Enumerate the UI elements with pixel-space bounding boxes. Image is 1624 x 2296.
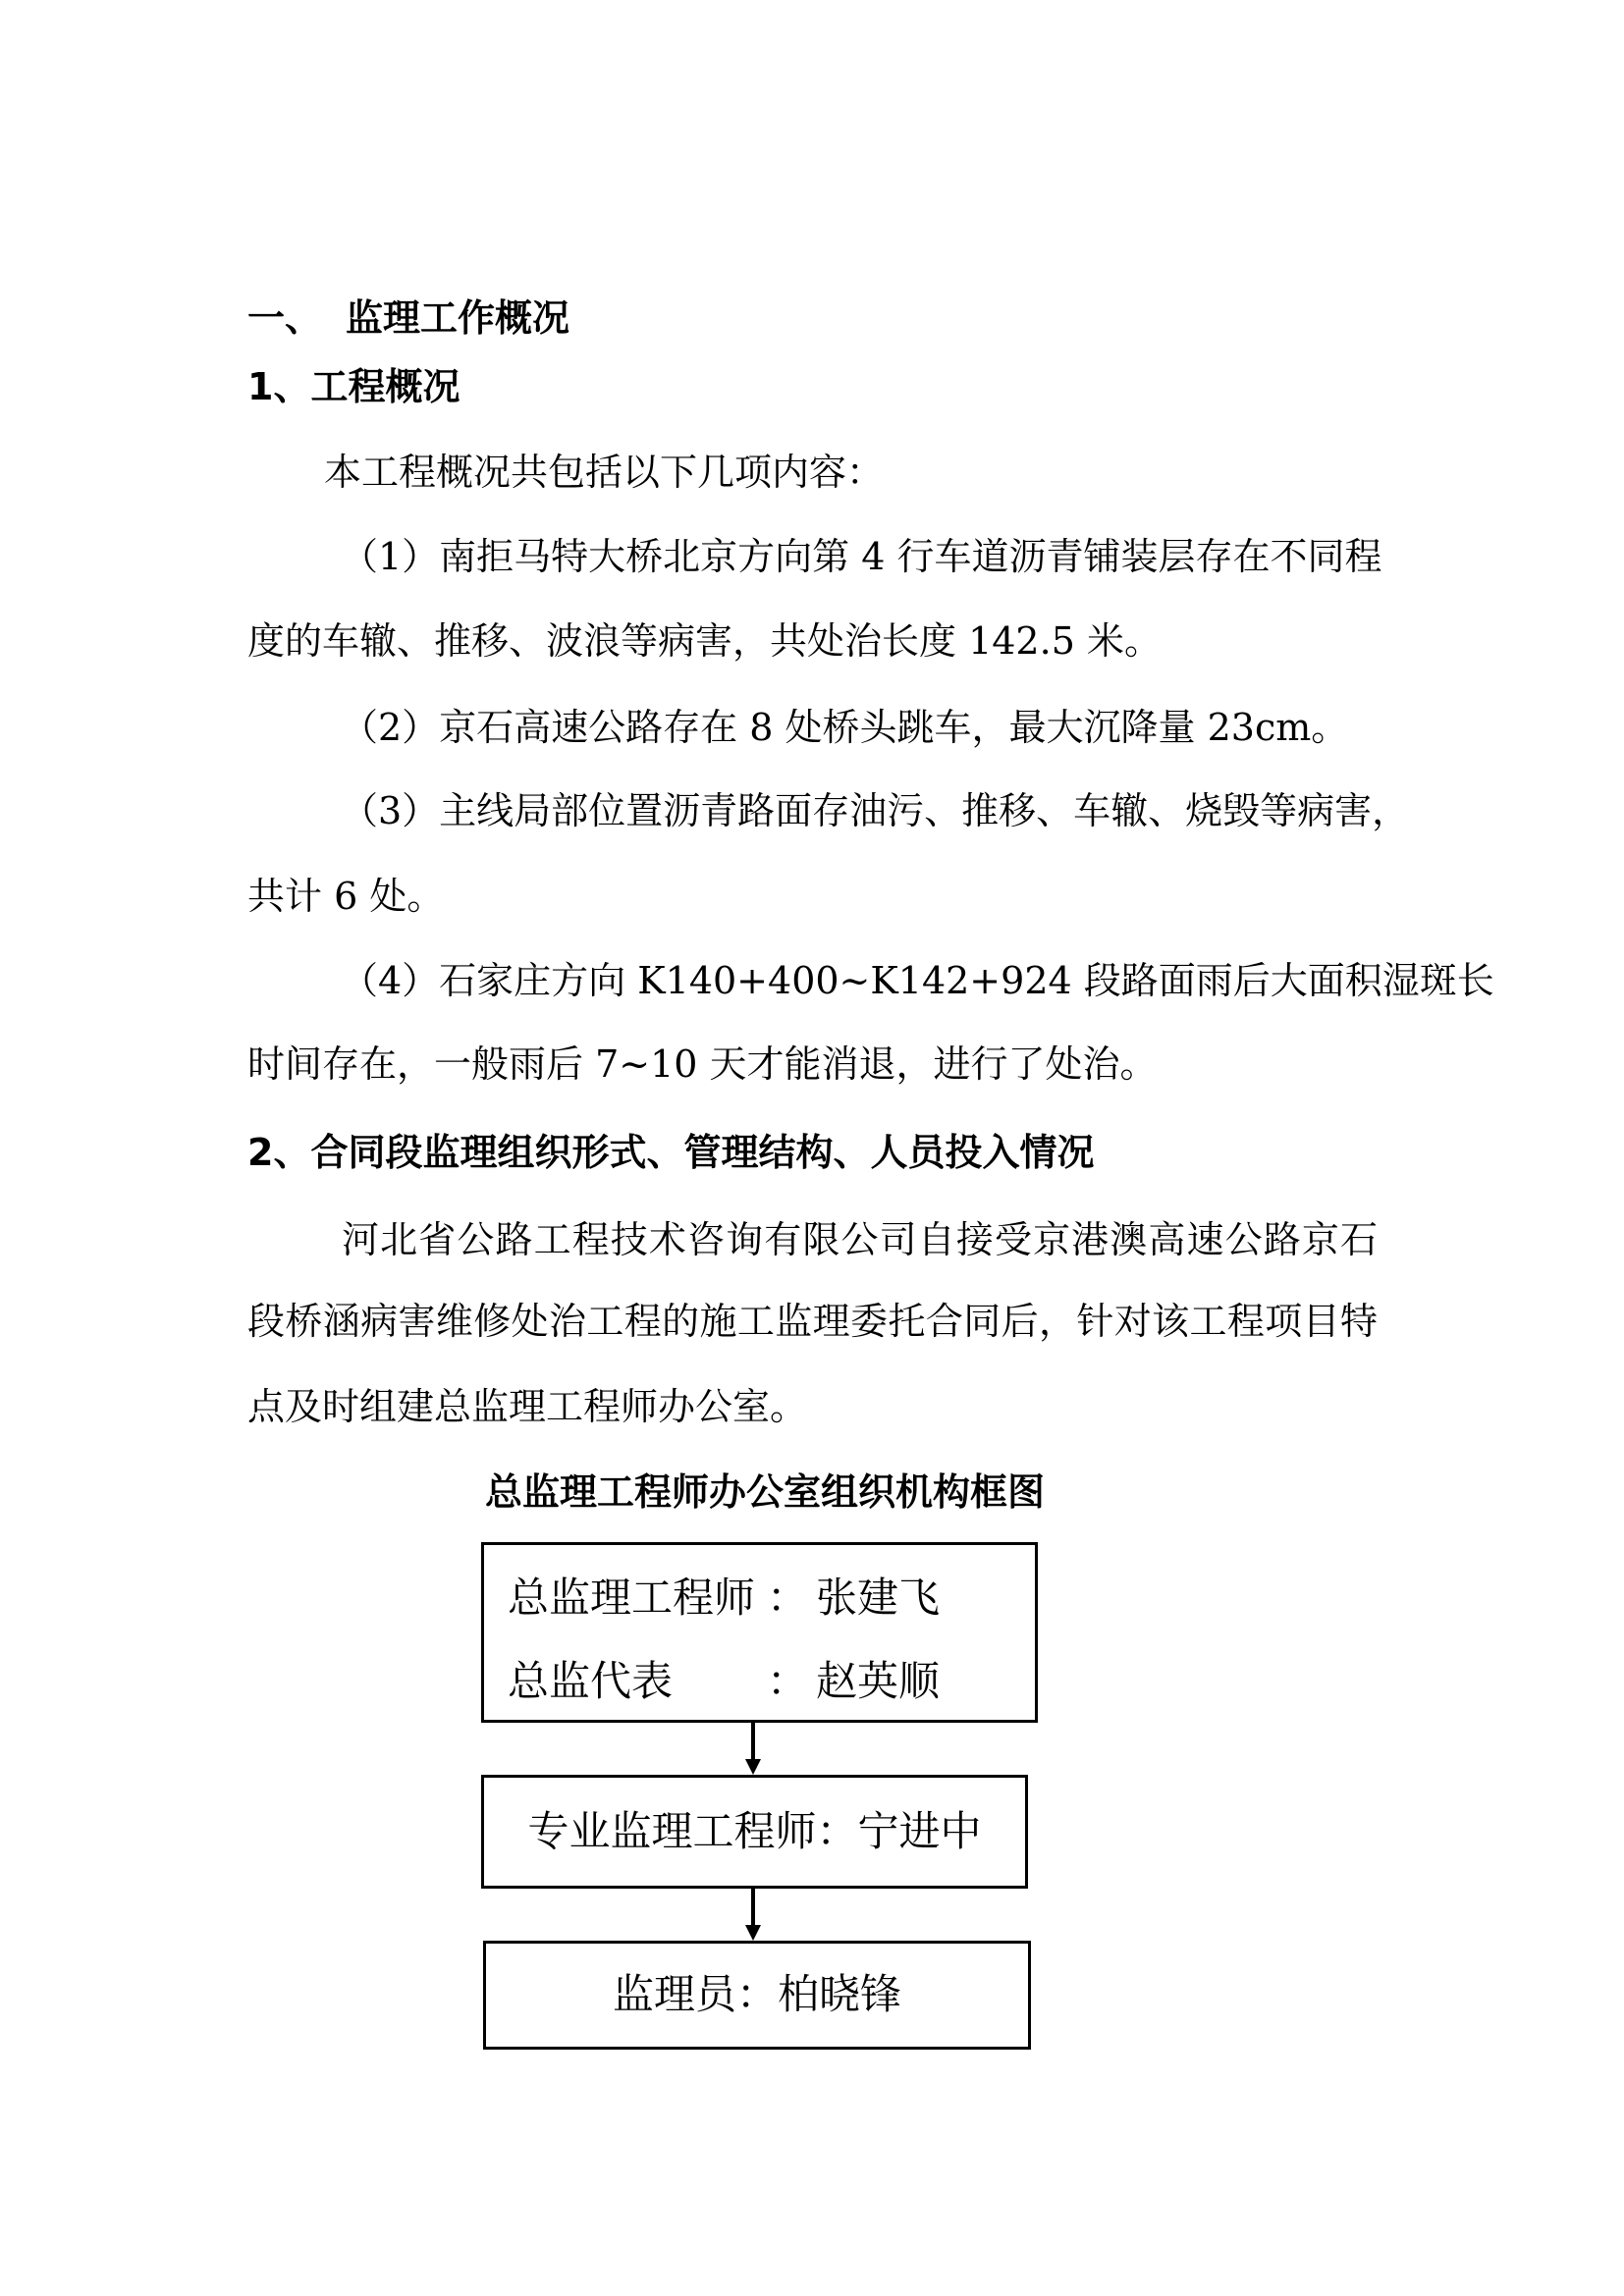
- arrow-down-icon: [745, 1759, 761, 1775]
- chief-supervisor-box: 总监理工程师：张建飞 总监代表：赵英顺: [481, 1542, 1038, 1723]
- colon: ：: [767, 1574, 816, 1623]
- chief-representative-name: 赵英顺: [816, 1657, 940, 1705]
- item-2-line-1: （2）京石高速公路存在 8 处桥头跳车，最大沉降量 23cm。: [341, 706, 1348, 749]
- item-4-line-2: 时间存在，一般雨后 7~10 天才能消退，进行了处治。: [247, 1042, 1378, 1086]
- chief-representative-row: 总监代表：赵英顺: [508, 1657, 940, 1706]
- connector-line: [751, 1888, 755, 1927]
- chief-representative-label: 总监代表: [508, 1657, 767, 1706]
- chief-engineer-name: 张建飞: [816, 1574, 940, 1622]
- item-1-line-2: 度的车辙、推移、波浪等病害，共处治长度 142.5 米。: [247, 619, 1378, 663]
- subsection-2-heading: 2、合同段监理组织形式、管理结构、人员投入情况: [247, 1131, 1094, 1174]
- item-3-line-2: 共计 6 处。: [247, 875, 1378, 918]
- specialist-engineer-box: 专业监理工程师：宁进中: [481, 1775, 1028, 1889]
- chief-engineer-row: 总监理工程师：张建飞: [508, 1574, 940, 1623]
- section-number: 一、: [247, 296, 346, 340]
- org-chart-title: 总监理工程师办公室组织机构框图: [477, 1469, 1053, 1515]
- arrow-down-icon: [745, 1925, 761, 1941]
- intro-text: 本工程概况共包括以下几项内容：: [324, 451, 884, 494]
- item-4-line-1: （4）石家庄方向 K140+400~K142+924 段路面雨后大面积湿斑长: [341, 959, 1378, 1002]
- item-1-line-1: （1）南拒马特大桥北京方向第 4 行车道沥青铺装层存在不同程: [341, 535, 1378, 578]
- paragraph-line-2: 段桥涵病害维修处治工程的施工监理委托合同后，针对该工程项目特: [247, 1300, 1378, 1343]
- subsection-1-heading: 1、工程概况: [247, 365, 460, 408]
- chief-engineer-label: 总监理工程师: [508, 1574, 767, 1623]
- section-title: 监理工作概况: [346, 296, 569, 340]
- specialist-engineer-text: 专业监理工程师：宁进中: [484, 1807, 1025, 1856]
- supervisor-box: 监理员：柏晓锋: [483, 1941, 1031, 2050]
- document-page: 一、监理工作概况 1、工程概况 本工程概况共包括以下几项内容： （1）南拒马特大…: [0, 0, 1624, 2296]
- paragraph-line-1: 河北省公路工程技术咨询有限公司自接受京港澳高速公路京石: [342, 1218, 1378, 1261]
- paragraph-line-3: 点及时组建总监理工程师办公室。: [247, 1385, 1378, 1428]
- item-3-line-1: （3）主线局部位置沥青路面存油污、推移、车辙、烧毁等病害，: [341, 789, 1378, 832]
- supervisor-text: 监理员：柏晓锋: [486, 1970, 1028, 2019]
- connector-line: [751, 1722, 755, 1761]
- colon: ：: [767, 1657, 816, 1706]
- section-heading: 一、监理工作概况: [247, 296, 569, 340]
